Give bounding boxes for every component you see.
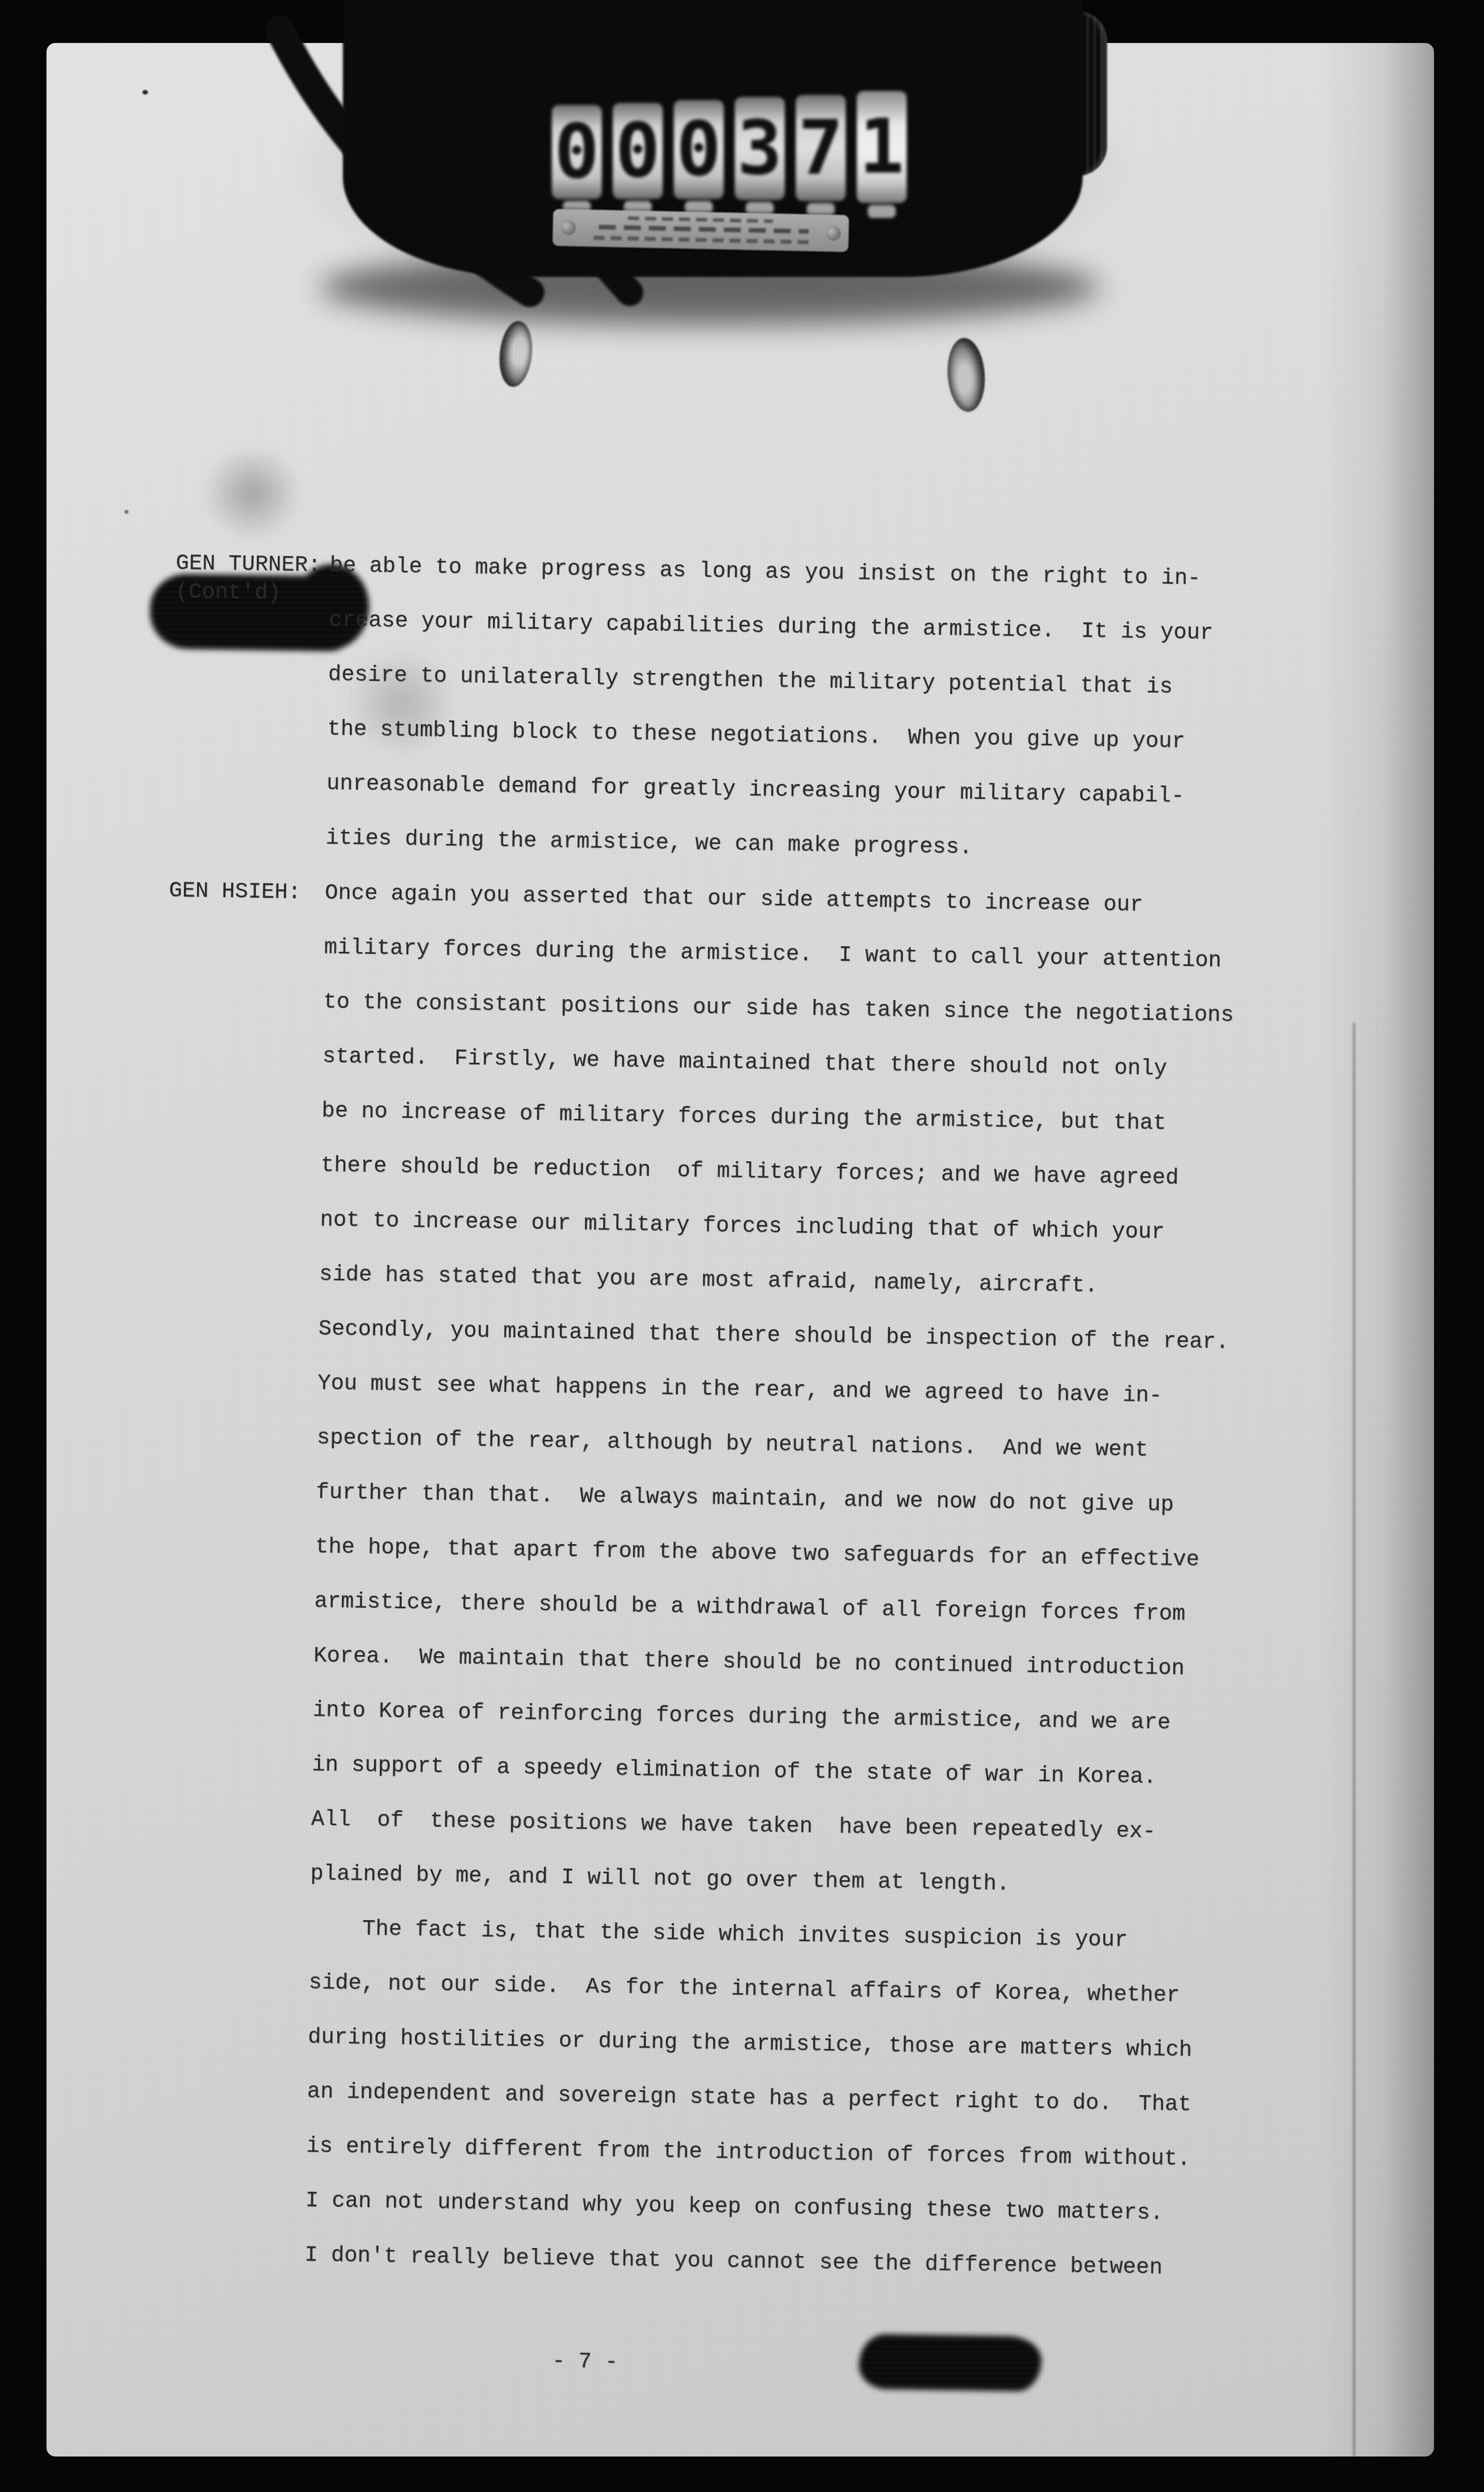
typed-line: ities during the armistice, we can make … [325, 827, 972, 858]
page-edge-line [1353, 1023, 1355, 2457]
counter-digit: 7 [796, 95, 846, 201]
typed-line: Korea. We maintain that there should be … [313, 1645, 1185, 1680]
typed-line: You must see what happens in the rear, a… [317, 1372, 1162, 1407]
counter-digit: 0 [613, 103, 663, 199]
typed-line: further than that. We always maintain, a… [316, 1481, 1174, 1516]
typed-line: during hostilities or during the armisti… [308, 2026, 1193, 2061]
ink-smudge [201, 445, 303, 542]
typed-line: not to increase our military forces incl… [320, 1209, 1165, 1243]
typed-line: unreasonable demand for greatly increasi… [326, 773, 1185, 807]
speaker-label-contd: (Cont'd) [175, 581, 281, 604]
typed-line: an independent and sovereign state has a… [307, 2081, 1192, 2116]
ink-redaction-bottom [859, 2334, 1042, 2392]
counter-digit: 0 [552, 105, 602, 199]
typed-line: military forces during the armistice. I … [324, 936, 1222, 972]
counter-digit: 1 [857, 91, 907, 203]
typed-line: The fact is, that the side which invites… [309, 1917, 1128, 1951]
typed-line: into Korea of reinforcing forces during … [312, 1699, 1171, 1734]
typed-line: I don't really believe that you cannot s… [304, 2244, 1163, 2279]
typed-line: desire to unilaterally strengthen the mi… [328, 664, 1173, 698]
microfilm-frame: GEN TURNER: (Cont'd) be able to make pro… [0, 0, 1484, 2492]
typed-line: spection of the rear, although by neutra… [316, 1427, 1148, 1461]
nameplate-engraving [628, 216, 773, 223]
typed-line: plained by me, and I will not go over th… [310, 1863, 1010, 1895]
typed-line: be able to make progress as long as you … [329, 555, 1201, 590]
typed-line: side, not our side. As for the internal … [308, 1972, 1180, 2007]
speaker-label-turner: GEN TURNER: [175, 552, 321, 576]
page-number: - 7 - [552, 2351, 618, 2374]
typed-line: in support of a speedy elimination of th… [312, 1754, 1157, 1788]
typed-line: Secondly, you maintained that there shou… [318, 1318, 1229, 1353]
typed-line: started. Firstly, we have maintained tha… [322, 1045, 1167, 1080]
typed-line: there should be reduction of military fo… [321, 1154, 1179, 1189]
typed-line: is entirely different from the introduct… [306, 2135, 1191, 2170]
typed-line: All of these positions we have taken hav… [311, 1808, 1156, 1843]
counter-digit: 3 [735, 97, 785, 200]
typed-line: Once again you asserted that our side at… [325, 882, 1144, 916]
typed-line: to the consistant positions our side has… [323, 991, 1234, 1026]
speaker-label-hsieh: GEN HSIEH: [169, 880, 301, 904]
nameplate-engraving [599, 225, 809, 234]
typed-line: the hope, that apart from the above two … [315, 1536, 1200, 1571]
typed-line: the stumbling block to these negotiation… [327, 718, 1185, 753]
typed-line: side has stated that you are most afraid… [319, 1263, 1098, 1297]
typed-line: be no increase of military forces during… [321, 1100, 1166, 1134]
counter-nameplate [552, 209, 849, 252]
typed-line: crease your military capabilities during… [329, 609, 1214, 644]
typed-line: I can not understand why you keep on con… [305, 2190, 1164, 2224]
nameplate-engraving [594, 236, 814, 244]
counter-digit: 0 [674, 100, 724, 199]
counter-display: 000371 [552, 94, 907, 206]
typed-line: armistice, there should be a withdrawal … [314, 1590, 1186, 1625]
